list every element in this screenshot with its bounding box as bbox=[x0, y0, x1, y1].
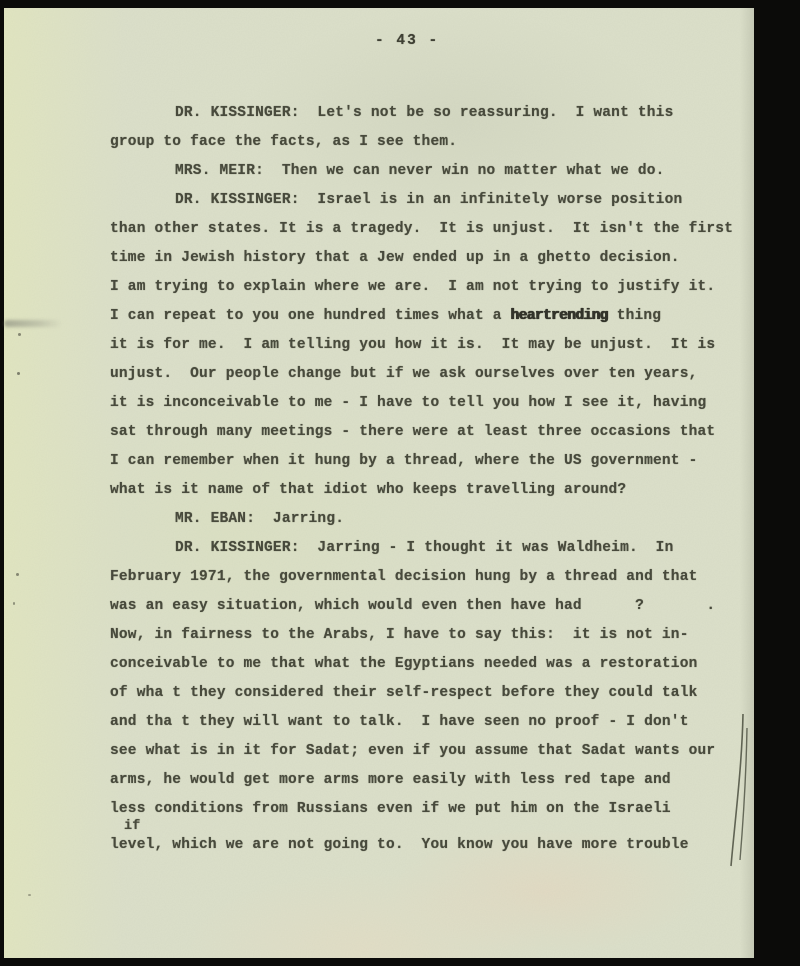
margin-pen-marks bbox=[720, 708, 756, 872]
ink-speck bbox=[16, 573, 19, 576]
ink-speck bbox=[18, 333, 21, 336]
text-line: I am trying to explain where we are. I a… bbox=[110, 279, 715, 295]
text-line: than other states. It is a tragedy. It i… bbox=[110, 221, 733, 237]
text-line: conceivable to me that what the Egyptian… bbox=[110, 656, 698, 672]
text-line: DR. KISSINGER: Let's not be so reassurin… bbox=[175, 105, 673, 121]
text-line: sat through many meetings - there were a… bbox=[110, 424, 715, 440]
text-line: MRS. MEIR: Then we can never win no matt… bbox=[175, 163, 665, 179]
text-line: was an easy situation, which would even … bbox=[110, 598, 715, 614]
text-segment: I can repeat to you one hundred times wh… bbox=[110, 308, 511, 324]
ink-speck bbox=[28, 894, 31, 896]
text-line: see what is in it for Sadat; even if you… bbox=[110, 743, 715, 759]
document-page: - 43 - DR. KISSINGER: Let's not be so re… bbox=[4, 8, 754, 958]
inserted-correction-word: if bbox=[124, 819, 141, 834]
text-line: MR. EBAN: Jarring. bbox=[175, 511, 344, 527]
text-line: DR. KISSINGER: Israel is in an infinitel… bbox=[175, 192, 682, 208]
margin-smudge bbox=[4, 320, 62, 327]
text-line: arms, he would get more arms more easily… bbox=[110, 772, 671, 788]
page-number: - 43 - bbox=[375, 33, 439, 49]
scanned-screenshot: { "document": { "page_number": "- 43 -",… bbox=[0, 0, 800, 966]
text-line: it is inconceivable to me - I have to te… bbox=[110, 395, 706, 411]
text-line: DR. KISSINGER: Jarring - I thought it wa… bbox=[175, 540, 673, 556]
text-line: level, which we are not going to. You kn… bbox=[110, 837, 689, 853]
text-line: Now, in fairness to the Arabs, I have to… bbox=[110, 627, 689, 643]
text-line: I can repeat to you one hundred times wh… bbox=[110, 308, 661, 324]
text-line: time in Jewish history that a Jew ended … bbox=[110, 250, 680, 266]
text-line: February 1971, the governmental decision… bbox=[110, 569, 698, 585]
text-line: I can remember when it hung by a thread,… bbox=[110, 453, 698, 469]
text-line: and tha t they will want to talk. I have… bbox=[110, 714, 689, 730]
text-line: unjust. Our people change but if we ask … bbox=[110, 366, 698, 382]
text-segment: thing bbox=[608, 308, 661, 324]
text-line: it is for me. I am telling you how it is… bbox=[110, 337, 715, 353]
ink-speck bbox=[17, 372, 20, 375]
ink-speck bbox=[13, 602, 15, 605]
text-line: what is it name of that idiot who keeps … bbox=[110, 482, 626, 498]
text-line: group to face the facts, as I see them. bbox=[110, 134, 457, 150]
text-line: less conditions from Russians even if we… bbox=[110, 801, 671, 817]
text-line: of wha t they considered their self-resp… bbox=[110, 685, 698, 701]
overstruck-word: heartrending bbox=[511, 308, 608, 324]
